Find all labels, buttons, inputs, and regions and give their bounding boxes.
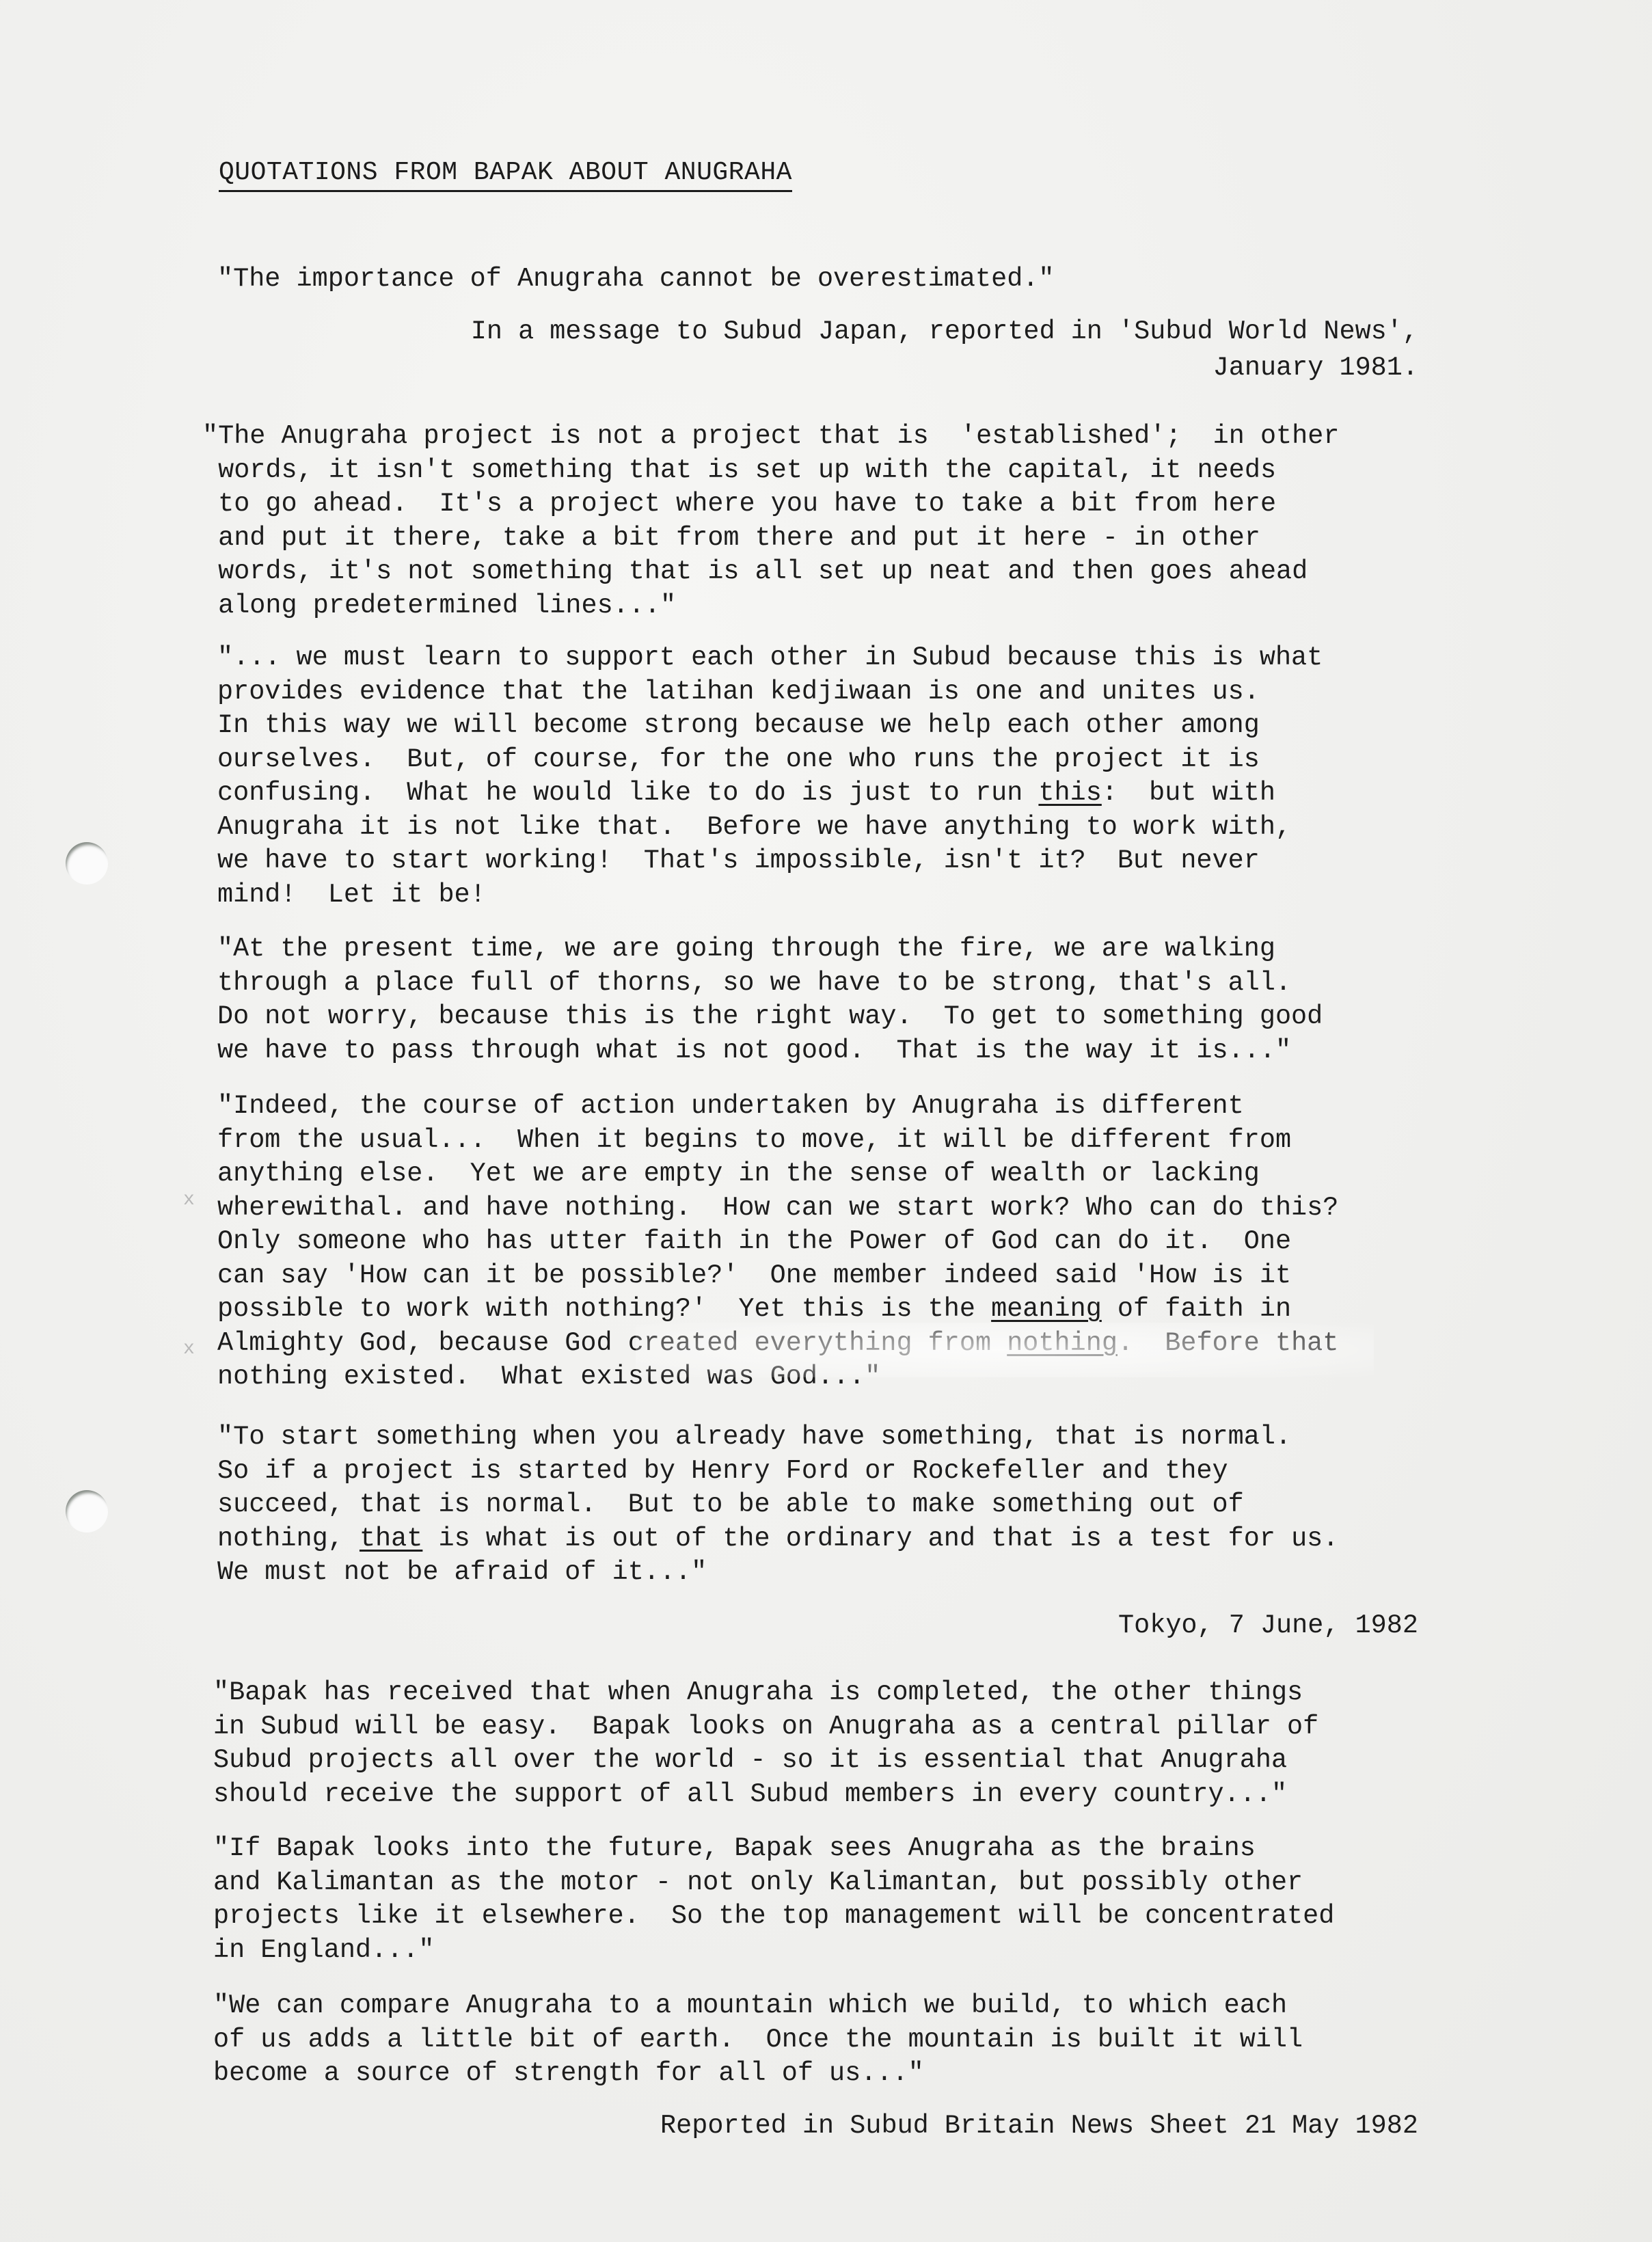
- attribution-subud-britain: Reported in Subud Britain News Sheet 21 …: [660, 2108, 1418, 2144]
- document-title: QUOTATIONS FROM BAPAK ABOUT ANUGRAHA: [219, 159, 792, 192]
- attribution-tokyo: Tokyo, 7 June, 1982: [1118, 1608, 1418, 1644]
- margin-mark: x: [183, 1189, 195, 1211]
- punch-hole-upper: [66, 842, 108, 884]
- quote-support-each-other: "... we must learn to support each other…: [217, 641, 1323, 912]
- quote-project-not-established: "The Anugraha project is not a project t…: [202, 420, 1339, 623]
- correction-fluid-smudge: [636, 1323, 1374, 1377]
- punch-hole-lower: [66, 1490, 108, 1532]
- attribution-subud-japan: In a message to Subud Japan, reported in…: [471, 314, 1418, 386]
- scanned-page: QUOTATIONS FROM BAPAK ABOUT ANUGRAHA "Th…: [0, 0, 1652, 2242]
- underlined-meaning: meaning: [991, 1294, 1102, 1324]
- quote-mountain: "We can compare Anugraha to a mountain w…: [213, 1989, 1303, 2091]
- quote-importance: "The importance of Anugraha cannot be ov…: [217, 262, 1055, 297]
- quote-something-from-nothing: "To start something when you already hav…: [217, 1420, 1338, 1590]
- underlined-this: this: [1038, 778, 1101, 808]
- underlined-that: that: [360, 1524, 422, 1554]
- quote-through-the-fire: "At the present time, we are going throu…: [217, 932, 1323, 1068]
- quote-brains-and-motor: "If Bapak looks into the future, Bapak s…: [213, 1832, 1334, 1967]
- margin-mark: x: [183, 1338, 195, 1360]
- quote-central-pillar: "Bapak has received that when Anugraha i…: [213, 1676, 1318, 1811]
